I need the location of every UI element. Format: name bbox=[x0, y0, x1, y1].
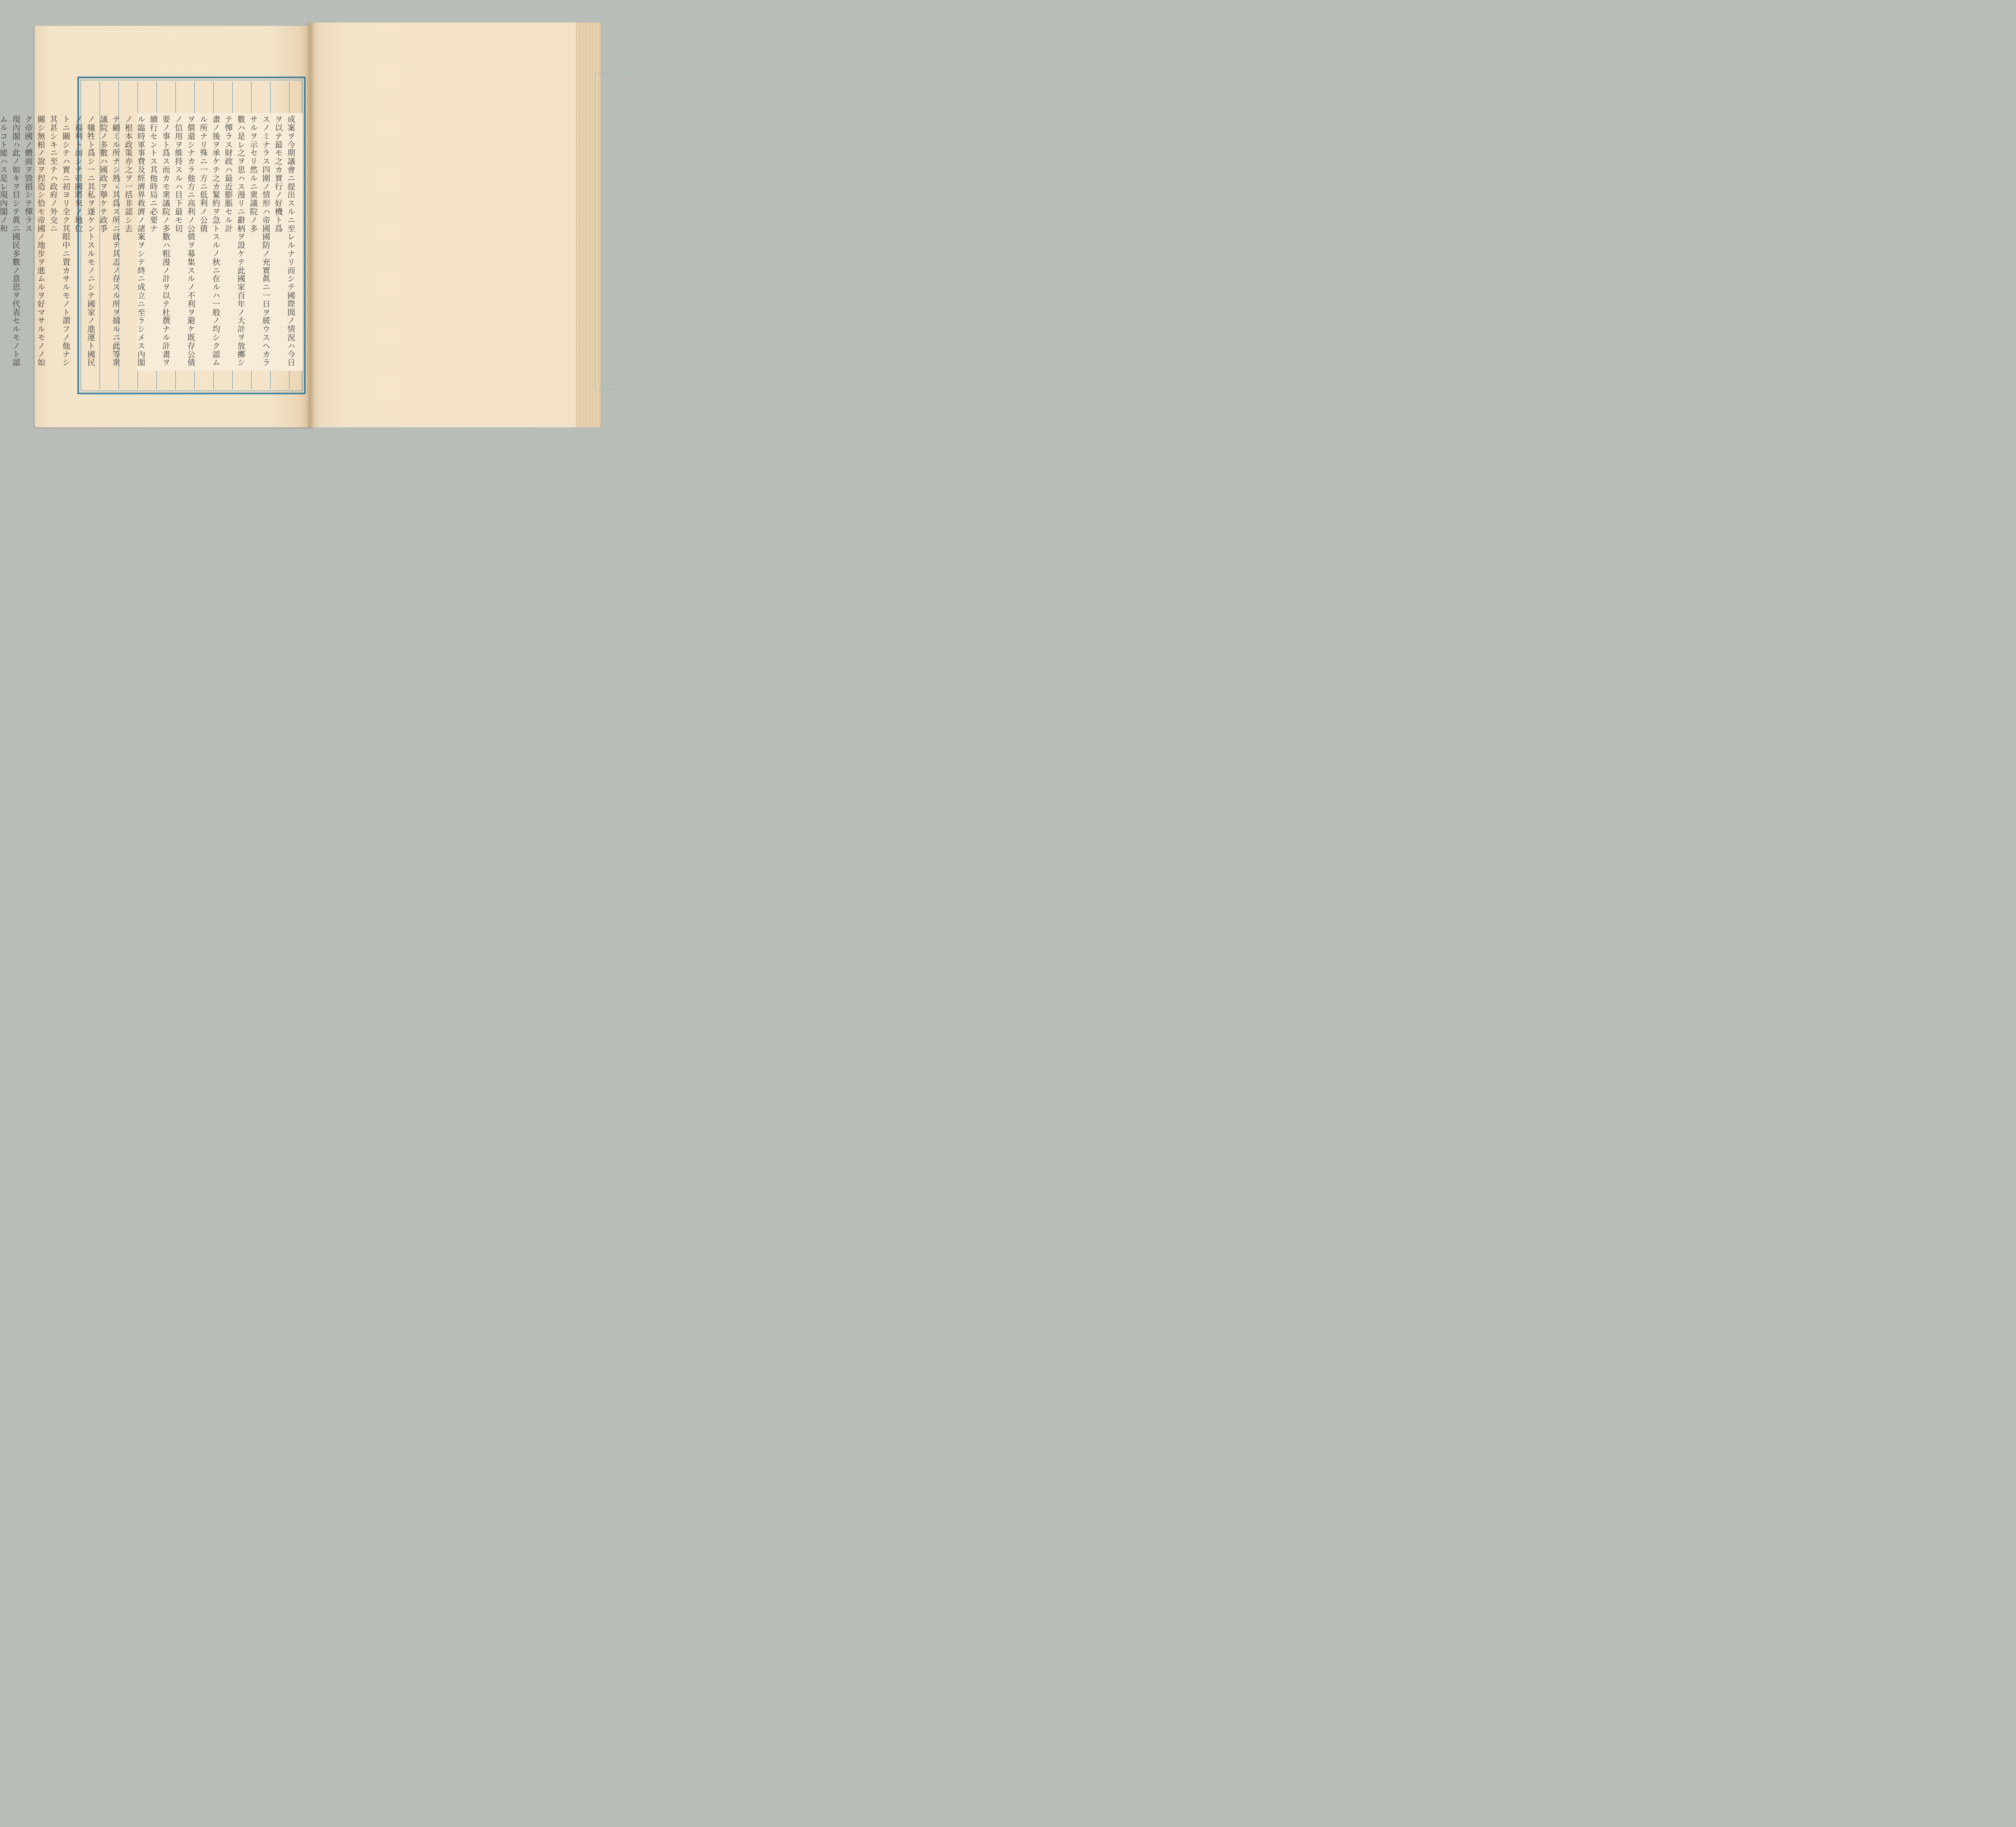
open-book: 成案ヲ今期議會ニ提出スルニ至レルナリ而シテ國際間ノ情況ハ今日ヲ以テ最モ之カ實行ノ… bbox=[35, 23, 601, 430]
ruled-line bbox=[613, 76, 613, 386]
text-column-10: トニ關シテハ實ニ初ヨリ全ク其眼中ニ置カサルモノト謂フノ他ナシ其甚シキニ至テハ政府… bbox=[47, 115, 72, 369]
text-column-2: スノミナラス四圍ノ情形ハ帝國國防ノ充實眞ニ一日ヲ緩ウスヘカラサルヲ示セリ然ルニ衆… bbox=[247, 115, 272, 369]
pasted-text-slip: 成案ヲ今期議會ニ提出スルニ至レルナリ而シテ國際間ノ情況ハ今日ヲ以テ最モ之カ實行ノ… bbox=[137, 113, 302, 371]
ruled-line bbox=[631, 76, 631, 386]
right-page[interactable] bbox=[310, 23, 576, 427]
vertical-text-block: 成案ヲ今期議會ニ提出スルニ至レルナリ而シテ國際間ノ情況ハ今日ヲ以テ最モ之カ實行ノ… bbox=[0, 115, 297, 369]
text-column-7: ル臨時軍事費及經濟界救濟ノ諸案ヲシテ終ニ成立ニ至ラシメス內閣ノ根本政策亦之ヲ一括… bbox=[122, 115, 147, 369]
text-column-6: 要ノ事ト爲ス而カモ衆議院ノ多數ハ粗漫ノ計ヲ以テ杜撰ナル計畫ヲ續行セントス其他時局… bbox=[147, 115, 172, 369]
right-page-ghost-frame bbox=[594, 73, 632, 389]
text-column-11: 關シ無根ノ說ヲ揑造シ恰モ帝國ノ地步ヲ進ムルヲ好マサルモノノ如ク帝國ノ體面ヲ毀損シ… bbox=[22, 115, 47, 369]
text-column-5: ヲ償還シナカラ他方ニ高利ノ公債ヲ募集スルノ不利ヲ避ケ既存公債ノ信用ヲ維持スルハ目… bbox=[172, 115, 197, 369]
text-column-3: 數ハ是レ之ヲ思ハス漫リニ辭柄ヲ設ケテ此國家百年ノ大計ヲ放擲シテ憚ラス財政ハ最近膨… bbox=[222, 115, 247, 369]
text-column-8: テ顧ミル所ナシ熟ゝ其爲ス所ニ就テ其志ノ存スル所ヲ揣ルニ此等衆議院ノ多數ハ國政ヲ擧… bbox=[97, 115, 122, 369]
text-column-4: 畫ノ後ヲ承ケテ之カ緊約ヲ急トスルノ秋ニ在ルハ一般ノ均シク認ムル所ナリ殊ニ一方ニ低… bbox=[197, 115, 222, 369]
left-page[interactable]: 成案ヲ今期議會ニ提出スルニ至レルナリ而シテ國際間ノ情況ハ今日ヲ以テ最モ之カ實行ノ… bbox=[35, 26, 310, 427]
text-column-1: 成案ヲ今期議會ニ提出スルニ至レルナリ而シテ國際間ノ情況ハ今日ヲ以テ最モ之カ實行ノ… bbox=[272, 115, 297, 369]
text-column-9: ノ犧牲ト爲シ一ニ其私ヲ遂ケントスルモノニシテ國家ノ進運ト國民ノ福利ト而シテ帝國將… bbox=[72, 115, 97, 369]
book-gutter bbox=[306, 23, 314, 429]
text-column-12: 現內閣ハ此ノ如キヲ目シテ眞ニ國民多數ノ意思ヲ代表セルモノト認ムルコト能ハス是レ現… bbox=[0, 115, 22, 369]
